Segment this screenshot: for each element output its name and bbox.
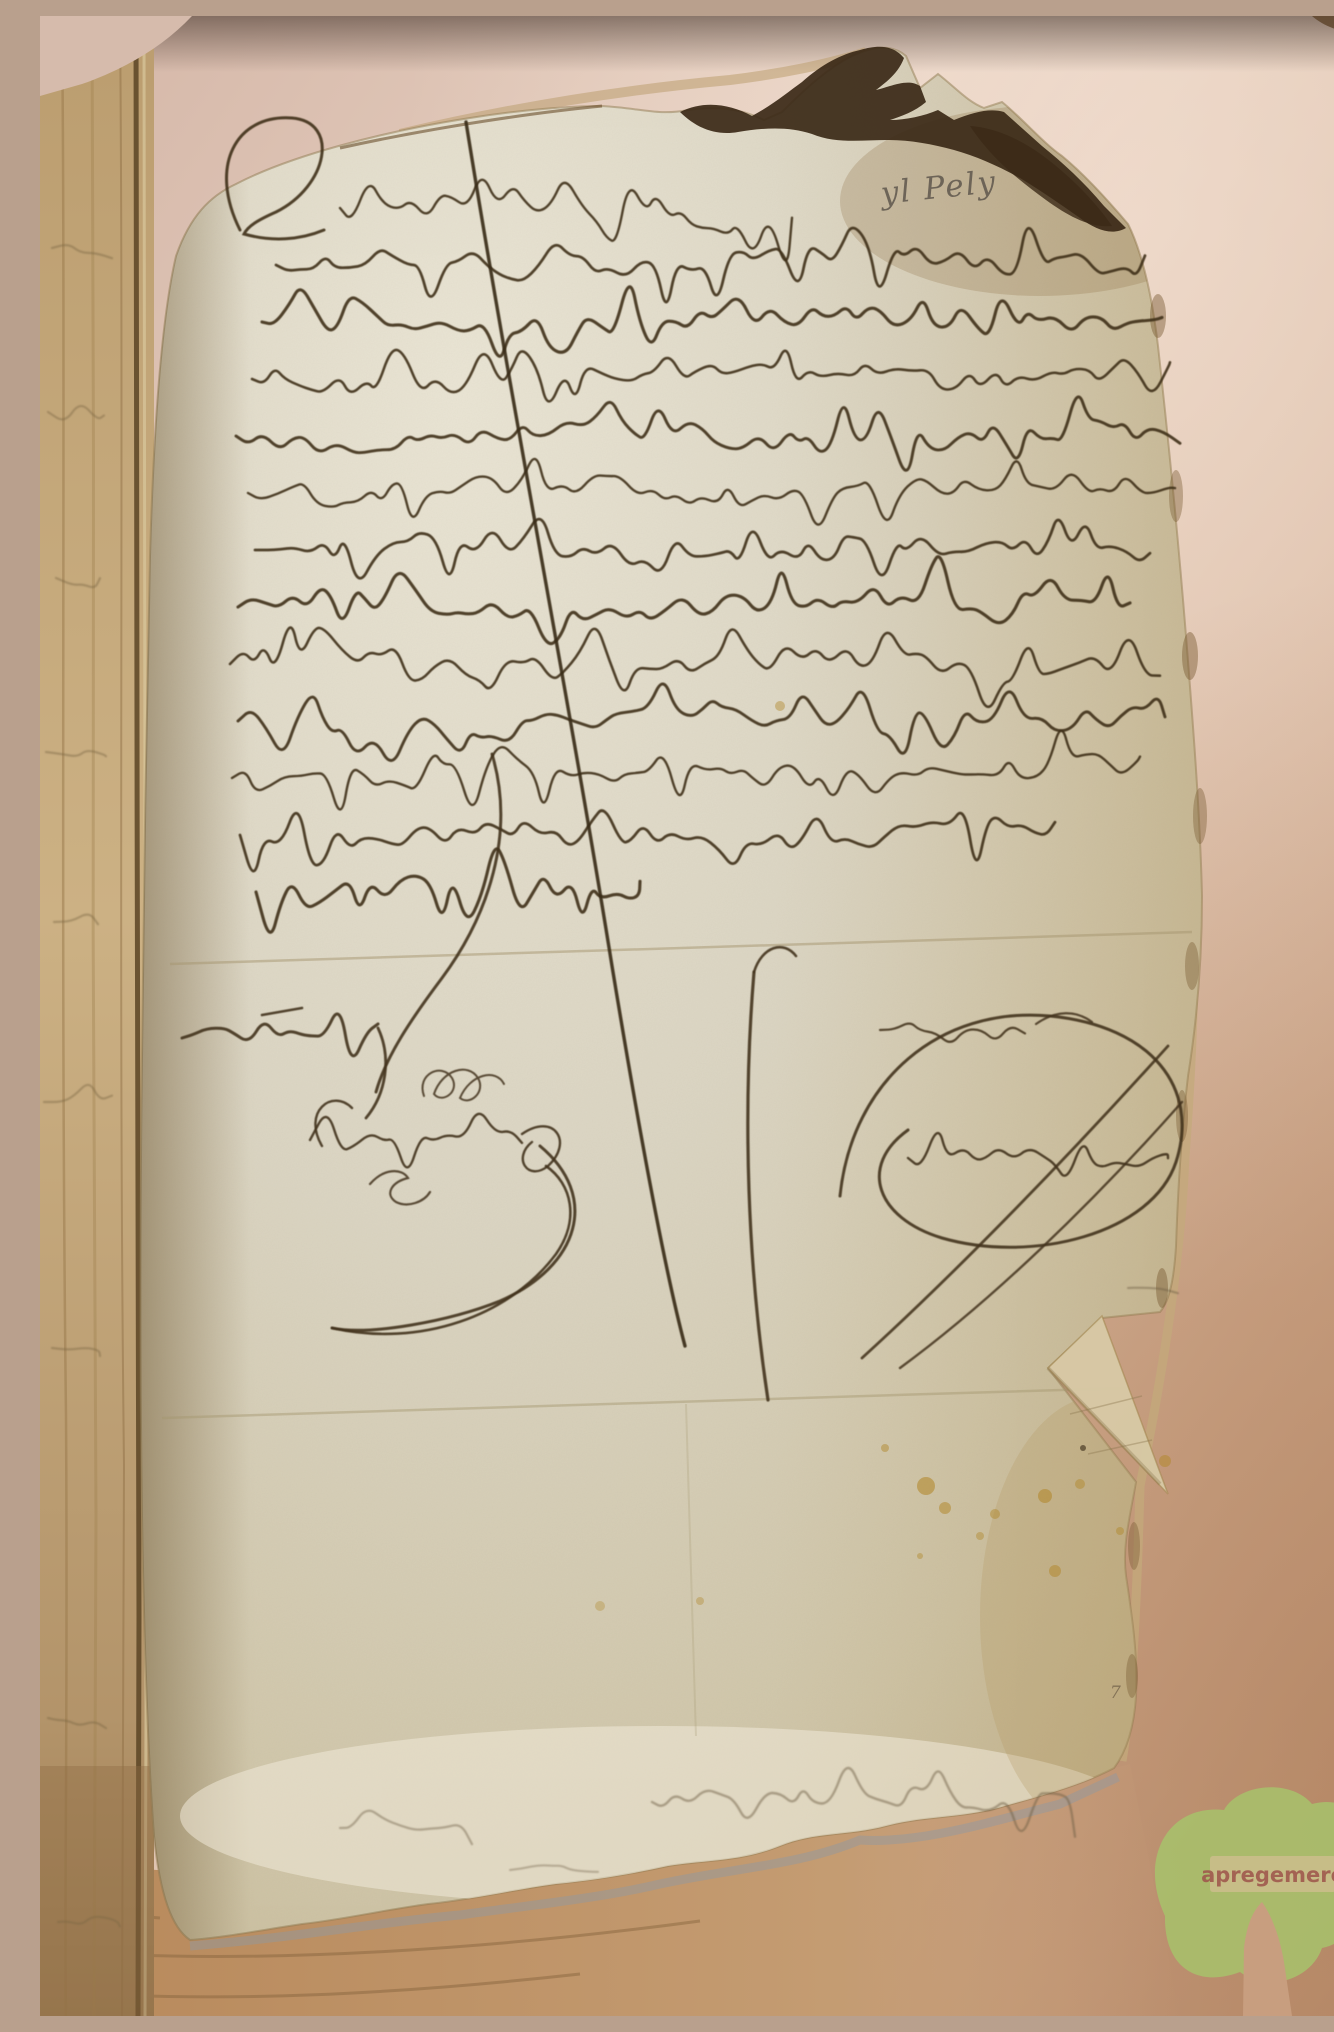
top-shadow (40, 16, 1334, 72)
manuscript-photo: yl Pely 7 apregemere (40, 16, 1334, 2016)
page-number: 7 (1110, 1683, 1121, 1703)
watermark-label: apregemere (1201, 1863, 1334, 1887)
gutter-crease (136, 16, 139, 2016)
photo-canvas: yl Pely 7 apregemere (40, 16, 1334, 2016)
